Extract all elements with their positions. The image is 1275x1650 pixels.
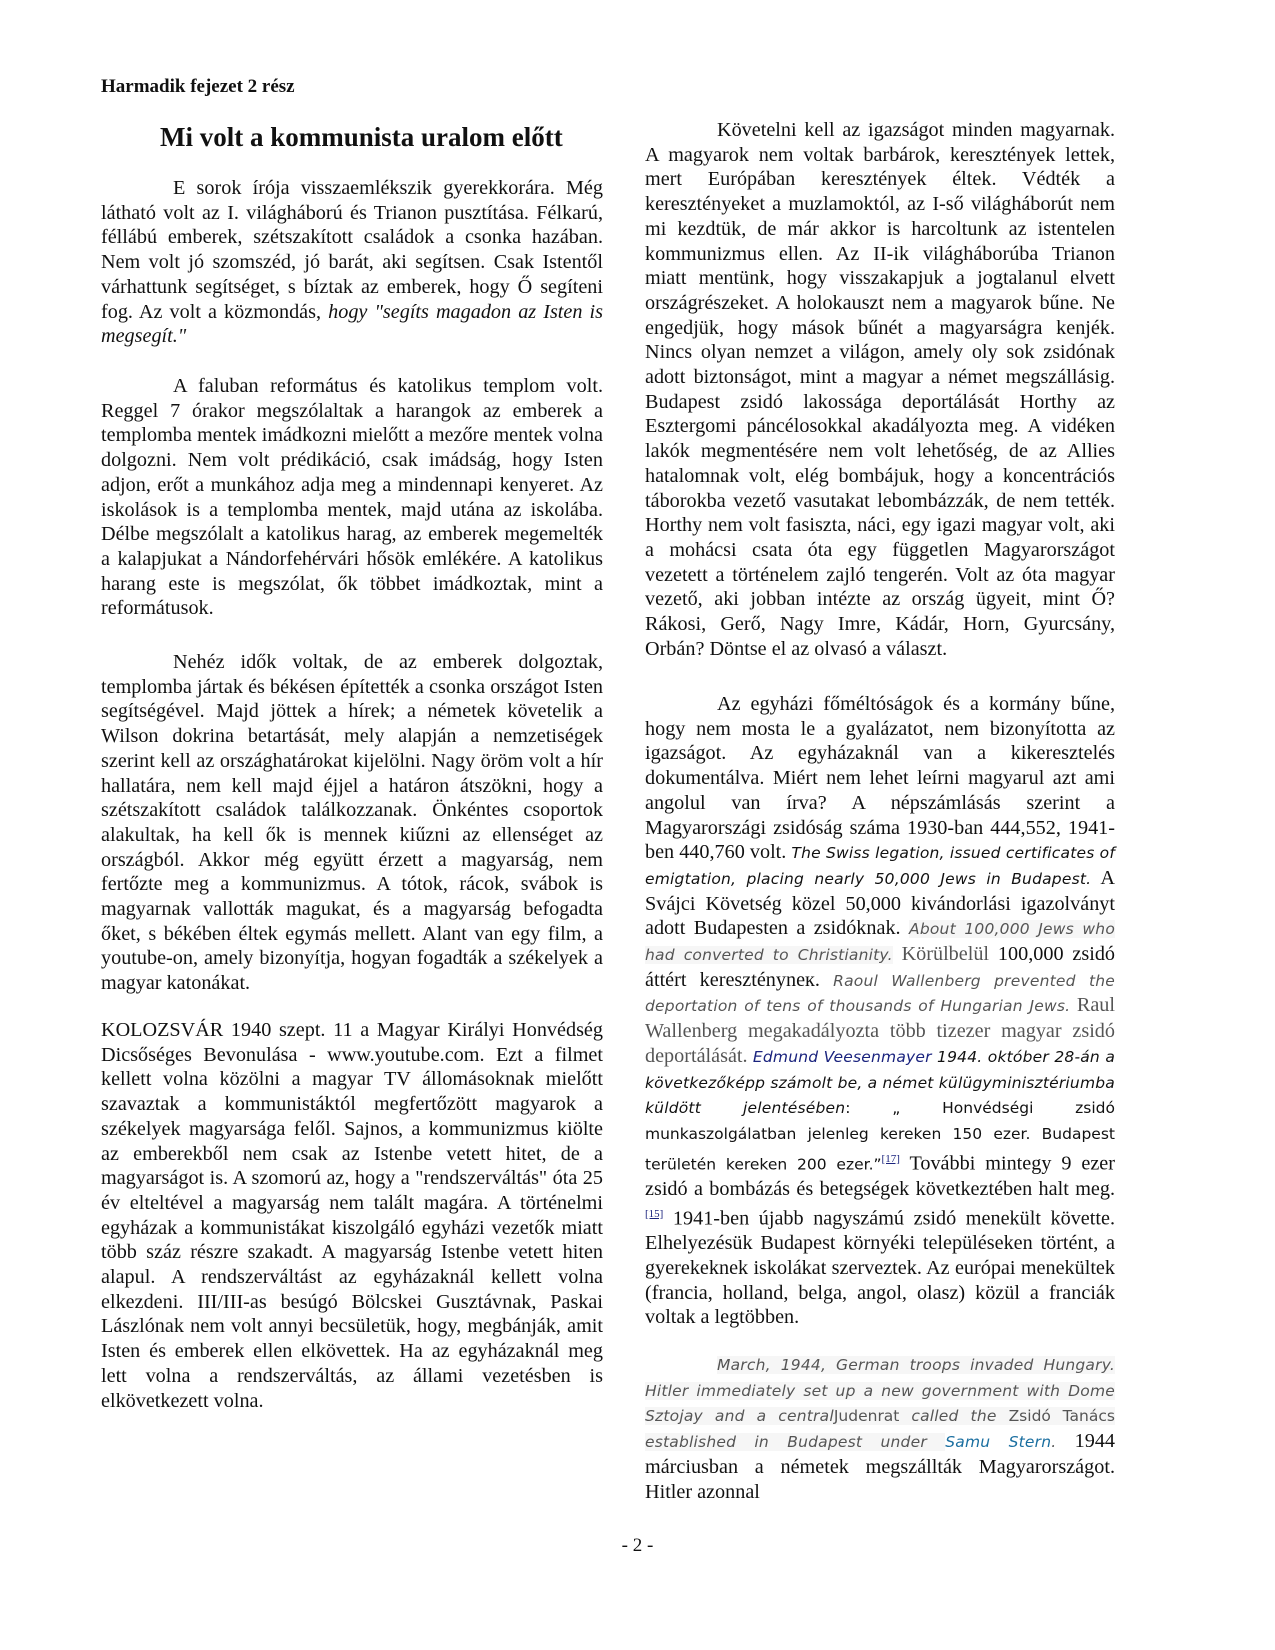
- veesenmayer-link[interactable]: Edmund Veesenmayer: [753, 1048, 932, 1066]
- samu-stern-link[interactable]: Samu Stern: [945, 1433, 1051, 1451]
- chapter-heading: Harmadik fejezet 2 rész: [101, 76, 295, 98]
- english-quote: established in Budapest under: [645, 1433, 945, 1451]
- english-quote: .: [1051, 1433, 1056, 1451]
- page-title: Mi volt a kommunista uralom előtt: [160, 122, 563, 153]
- paragraph: E sorok írója visszaemlékszik gyerekkorá…: [101, 176, 603, 349]
- paragraph: Az egyházi főméltóságok és a kormány bűn…: [645, 692, 1115, 1330]
- footnote-ref-15[interactable]: [15]: [645, 1208, 663, 1220]
- paragraph: A faluban református és katolikus templo…: [101, 374, 603, 621]
- english-quote: Zsidó Tanács: [1009, 1407, 1115, 1425]
- paragraph-text: Az egyházi főméltóságok és a kormány bűn…: [645, 693, 1115, 863]
- paragraph: Követelni kell az igazságot minden magya…: [645, 118, 1115, 661]
- paragraph-text: Körülbelül: [902, 943, 989, 965]
- paragraph: March, 1944, German troops invaded Hunga…: [645, 1352, 1115, 1504]
- paragraph-text: 1941-ben újabb nagyszámú zsidó menekült …: [645, 1208, 1115, 1329]
- english-quote: called the: [899, 1407, 1008, 1425]
- english-quote: Judenrat: [834, 1407, 900, 1425]
- footnote-ref-17[interactable]: [17]: [882, 1153, 900, 1165]
- paragraph: Nehéz idők voltak, de az emberek dolgozt…: [101, 650, 603, 996]
- paragraph: KOLOZSVÁR 1940 szept. 11 a Magyar Király…: [101, 1018, 603, 1413]
- page-number: - 2 -: [0, 1535, 1275, 1557]
